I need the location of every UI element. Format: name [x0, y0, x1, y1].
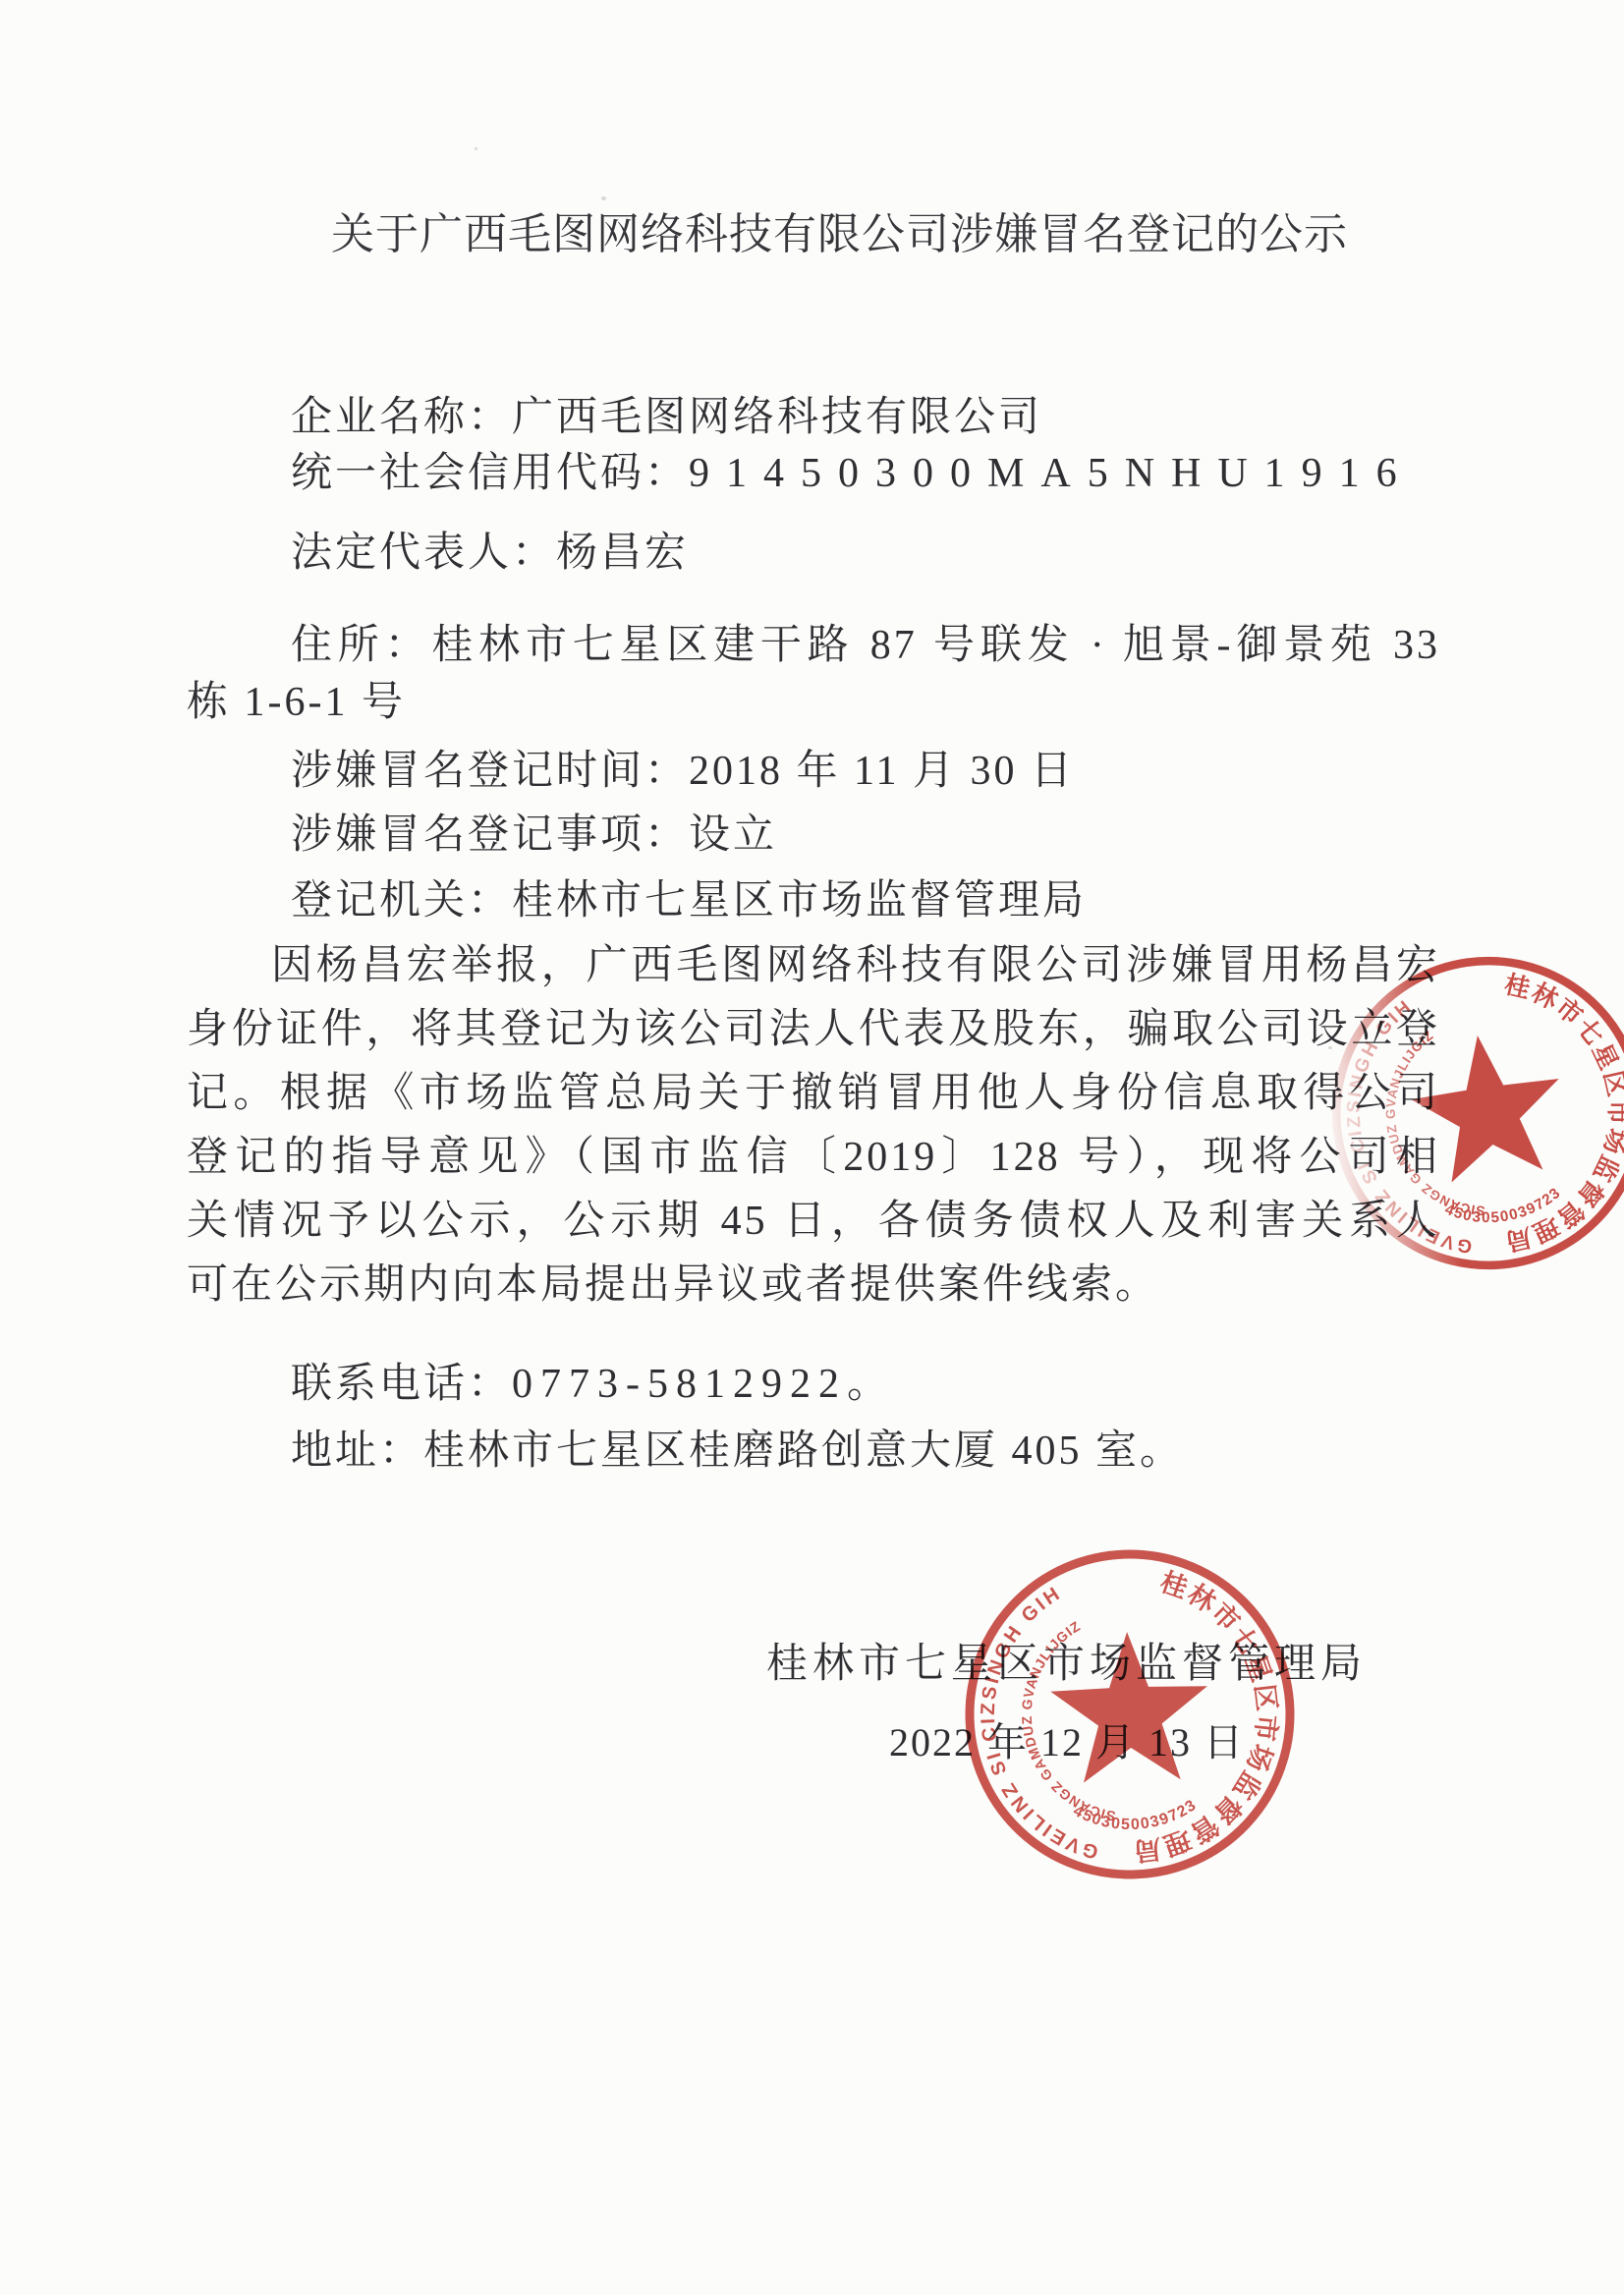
- scan-speckle: [601, 196, 606, 200]
- contact-address-line: 地址：桂林市七星区桂磨路创意大厦 405 室。: [187, 1427, 1440, 1476]
- official-seal-graphic: 桂林市七星区市场监督管理局 GVEILINZ SI CIZSINGH GIH S…: [947, 1532, 1313, 1897]
- official-seal-stamp: 桂林市七星区市场监督管理局 GVEILINZ SI CIZSINGH GIH S…: [947, 1532, 1313, 1897]
- residence-address-line-1: 住所：桂林市七星区建干路 87 号联发 · 旭景-御景苑 33: [187, 621, 1440, 670]
- seal-zhuang-outer-arc-text: GVEILINZ SI CIZSINGH GIH: [973, 1581, 1101, 1867]
- seal-zhuang-outer-arc-text: GVEILINZ SI CIZSINGH GIH: [1327, 990, 1477, 1271]
- credit-code-label: 统一社会信用代码：: [291, 451, 689, 496]
- body-paragraph-line-2: 身份证件，将其登记为该公司法人代表及股东，骗取公司设立登: [187, 1005, 1440, 1054]
- contact-phone-line: 联系电话：0773-5812922。: [187, 1360, 1440, 1409]
- phone-label: 联系电话：: [291, 1362, 512, 1407]
- scan-speckle: [475, 147, 477, 150]
- seal-star-icon: [1048, 1629, 1210, 1783]
- phone-value: 0773-5812922: [512, 1362, 847, 1407]
- svg-text:GVEILINZ SI CIZSINGH GIH: GVEILINZ SI CIZSINGH GIH: [973, 1581, 1101, 1867]
- credit-code-value: 91450300MA5NHU1916: [689, 451, 1414, 496]
- suspect-time-line: 涉嫌冒名登记时间：2018 年 11 月 30 日: [187, 747, 1440, 796]
- scanned-notice-document: 关于广西毛图网络科技有限公司涉嫌冒名登记的公示 企业名称：广西毛图网络科技有限公…: [0, 0, 1624, 2295]
- company-name-line: 企业名称：广西毛图网络科技有限公司: [187, 393, 1440, 442]
- suspect-item-line: 涉嫌冒名登记事项：设立: [187, 811, 1440, 860]
- legal-representative-line: 法定代表人：杨昌宏: [187, 529, 1440, 578]
- official-seal-stamp-faded: 桂林市七星区市场监督管理局 GVEILINZ SI CIZSINGH GIH S…: [1299, 924, 1624, 1303]
- body-paragraph-line-3: 记。根据《市场监管总局关于撤销冒用他人身份信息取得公司: [187, 1069, 1440, 1118]
- credit-code-line: 统一社会信用代码：91450300MA5NHU1916: [187, 449, 1440, 498]
- official-seal-graphic-faded: 桂林市七星区市场监督管理局 GVEILINZ SI CIZSINGH GIH S…: [1299, 924, 1624, 1303]
- residence-address-line-2: 栋 1-6-1 号: [187, 678, 1440, 727]
- body-paragraph-line-6: 可在公示期内向本局提出异议或者提供案件线索。: [187, 1260, 1440, 1310]
- body-paragraph-line-4: 登记的指导意见》（国市监信〔2019〕128 号），现将公司相: [187, 1133, 1440, 1182]
- seal-star-icon: [1404, 1025, 1571, 1186]
- svg-text:GVEILINZ SI CIZSINGH GIH: GVEILINZ SI CIZSINGH GIH: [1327, 990, 1477, 1271]
- document-title: 关于广西毛图网络科技有限公司涉嫌冒名登记的公示: [331, 198, 1348, 261]
- phone-period: 。: [847, 1362, 891, 1407]
- registry-authority-line: 登记机关：桂林市七星区市场监督管理局: [187, 876, 1440, 925]
- body-paragraph-line-5: 关情况予以公示，公示期 45 日，各债务债权人及利害关系人: [187, 1197, 1440, 1246]
- body-paragraph-line-1: 因杨昌宏举报，广西毛图网络科技有限公司涉嫌冒用杨昌宏: [187, 941, 1440, 990]
